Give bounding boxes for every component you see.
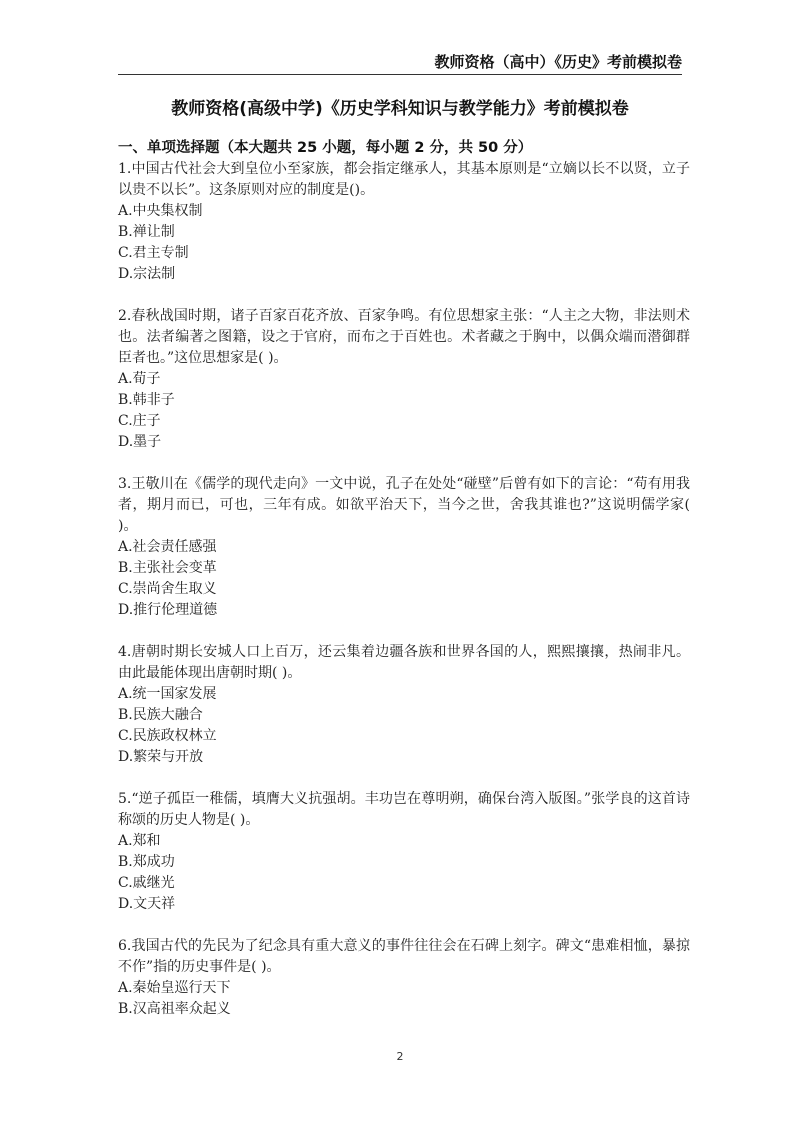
question-5: 5.“逆子孤臣一稚儒，填膺大义抗强胡。丰功岂在尊明朔，确保台湾入版图。”张学良的…	[118, 789, 690, 915]
option-b: B.汉高祖率众起义	[118, 999, 690, 1020]
option-d: D.墨子	[118, 432, 690, 453]
question-stem: 5.“逆子孤臣一稚儒，填膺大义抗强胡。丰功岂在尊明朔，确保台湾入版图。”张学良的…	[118, 789, 690, 831]
option-b: B.禅让制	[118, 222, 690, 243]
option-a: A.郑和	[118, 831, 690, 852]
option-d: D.繁荣与开放	[118, 747, 690, 768]
option-c: C.戚继光	[118, 873, 690, 894]
option-a: A.统一国家发展	[118, 684, 690, 705]
option-b: B.郑成功	[118, 852, 690, 873]
option-b: B.主张社会变革	[118, 558, 690, 579]
running-header-title: 教师资格（高中）《历史》考前模拟卷	[434, 53, 682, 71]
question-3: 3.王敬川在《儒学的现代走向》一文中说，孔子在处处“碰壁”后曾有如下的言论：“苟…	[118, 474, 690, 621]
document-title: 教师资格(高级中学)《历史学科知识与教学能力》考前模拟卷	[118, 98, 682, 120]
page-number: 2	[0, 1050, 800, 1063]
document-body: 一、单项选择题（本大题共 25 小题，每小题 2 分，共 50 分） 1.中国古…	[118, 138, 690, 1041]
option-c: C.君主专制	[118, 243, 690, 264]
question-stem: 2.春秋战国时期，诸子百家百花齐放、百家争鸣。有位思想家主张：“人主之大物，非法…	[118, 306, 690, 369]
question-6: 6.我国古代的先民为了纪念具有重大意义的事件往往会在石碑上刻字。碑文“患难相恤，…	[118, 936, 690, 1020]
option-b: B.民族大融合	[118, 705, 690, 726]
option-a: A.荀子	[118, 369, 690, 390]
option-d: D.文天祥	[118, 894, 690, 915]
option-b: B.韩非子	[118, 390, 690, 411]
question-stem: 6.我国古代的先民为了纪念具有重大意义的事件往往会在石碑上刻字。碑文“患难相恤，…	[118, 936, 690, 978]
option-c: C.民族政权林立	[118, 726, 690, 747]
option-d: D.推行伦理道德	[118, 600, 690, 621]
option-d: D.宗法制	[118, 264, 690, 285]
question-4: 4.唐朝时期长安城人口上百万，还云集着边疆各族和世界各国的人，熙熙攘攘，热闹非凡…	[118, 642, 690, 768]
option-c: C.崇尚舍生取义	[118, 579, 690, 600]
question-stem: 4.唐朝时期长安城人口上百万，还云集着边疆各族和世界各国的人，熙熙攘攘，热闹非凡…	[118, 642, 690, 684]
section-heading: 一、单项选择题（本大题共 25 小题，每小题 2 分，共 50 分）	[118, 138, 690, 159]
option-a: A.中央集权制	[118, 201, 690, 222]
question-2: 2.春秋战国时期，诸子百家百花齐放、百家争鸣。有位思想家主张：“人主之大物，非法…	[118, 306, 690, 453]
option-a: A.秦始皇巡行天下	[118, 978, 690, 999]
question-1: 1.中国古代社会大到皇位小至家族，都会指定继承人，其基本原则是“立嫡以长不以贤，…	[118, 159, 690, 285]
question-stem: 3.王敬川在《儒学的现代走向》一文中说，孔子在处处“碰壁”后曾有如下的言论：“苟…	[118, 474, 690, 537]
question-stem: 1.中国古代社会大到皇位小至家族，都会指定继承人，其基本原则是“立嫡以长不以贤，…	[118, 159, 690, 201]
option-c: C.庄子	[118, 411, 690, 432]
option-a: A.社会责任感强	[118, 537, 690, 558]
running-header: 教师资格（高中）《历史》考前模拟卷	[118, 52, 682, 75]
